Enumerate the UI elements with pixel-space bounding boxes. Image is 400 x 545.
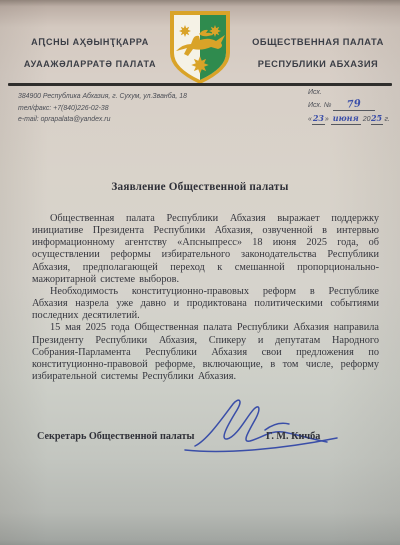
year-prefix: 20: [363, 116, 371, 123]
contact-block: 384900 Республика Абхазия, г. Сухум, ул.…: [18, 91, 238, 126]
ref-date-row: «23» июня 2025 г.: [308, 114, 394, 125]
reference-block: Исх. Исх. № 79 «23» июня 2025 г.: [308, 88, 394, 125]
handwritten-signature-icon: [177, 394, 352, 456]
signer-name: Г. М. Кичба: [266, 431, 320, 442]
paragraph-3: 15 мая 2025 года Общественная палата Рес…: [32, 322, 379, 383]
scanned-letter-page: АԤСНЫ АҲӘЫНҬҚАРРА АУААЖӘЛАРРАТӘ ПАЛАТА: [0, 0, 400, 545]
org-name-russian-line1: ОБЩЕСТВЕННАЯ ПАЛАТА: [246, 31, 390, 53]
handwritten-number: 79: [347, 99, 362, 109]
email-line: e-mail: oprapalata@yandex.ru: [18, 114, 238, 126]
org-name-russian-line2: РЕСПУБЛИКИ АБХАЗИЯ: [246, 53, 390, 75]
address-line: 384900 Республика Абхазия, г. Сухум, ул.…: [18, 91, 238, 103]
signature-block: Секретарь Общественной палаты Г. М. Кичб…: [37, 428, 380, 448]
letterhead-left: АԤСНЫ АҲӘЫНҬҚАРРА АУААЖӘЛАРРАТӘ ПАЛАТА: [16, 31, 164, 75]
month-line: июня: [331, 114, 361, 125]
letterhead-divider: [8, 83, 392, 86]
close-quote: »: [325, 116, 329, 123]
ref-number-label: Исх. №: [308, 102, 331, 109]
org-name-abkhaz-line1: АԤСНЫ АҲӘЫНҬҚАРРА: [16, 31, 164, 53]
signer-role: Секретарь Общественной палаты: [37, 431, 195, 442]
ref-number-line: 79: [333, 100, 375, 111]
abkhazia-coat-of-arms-icon: [166, 8, 234, 88]
ref-number-row: Исх. № 79: [308, 100, 394, 111]
org-name-abkhaz-line2: АУААЖӘЛАРРАТӘ ПАЛАТА: [16, 53, 164, 75]
letter-body: Общественная палата Республики Абхазия в…: [32, 213, 379, 383]
year-line: 25: [371, 114, 383, 125]
day-line: 23: [312, 114, 325, 125]
document-title: Заявление Общественной палаты: [0, 181, 400, 193]
phone-line: тел/факс: +7(840)226-02-38: [18, 103, 238, 115]
handwritten-day: 23: [313, 113, 324, 123]
paragraph-2: Необходимость конституционно-правовых ре…: [32, 286, 379, 322]
handwritten-month: июня: [333, 113, 359, 123]
year-suffix: г.: [384, 116, 389, 123]
paragraph-1: Общественная палата Республики Абхазия в…: [32, 213, 379, 286]
ref-small-label: Исх.: [308, 88, 394, 97]
letterhead-right: ОБЩЕСТВЕННАЯ ПАЛАТА РЕСПУБЛИКИ АБХАЗИЯ: [246, 31, 390, 75]
handwritten-year: 25: [371, 113, 382, 123]
